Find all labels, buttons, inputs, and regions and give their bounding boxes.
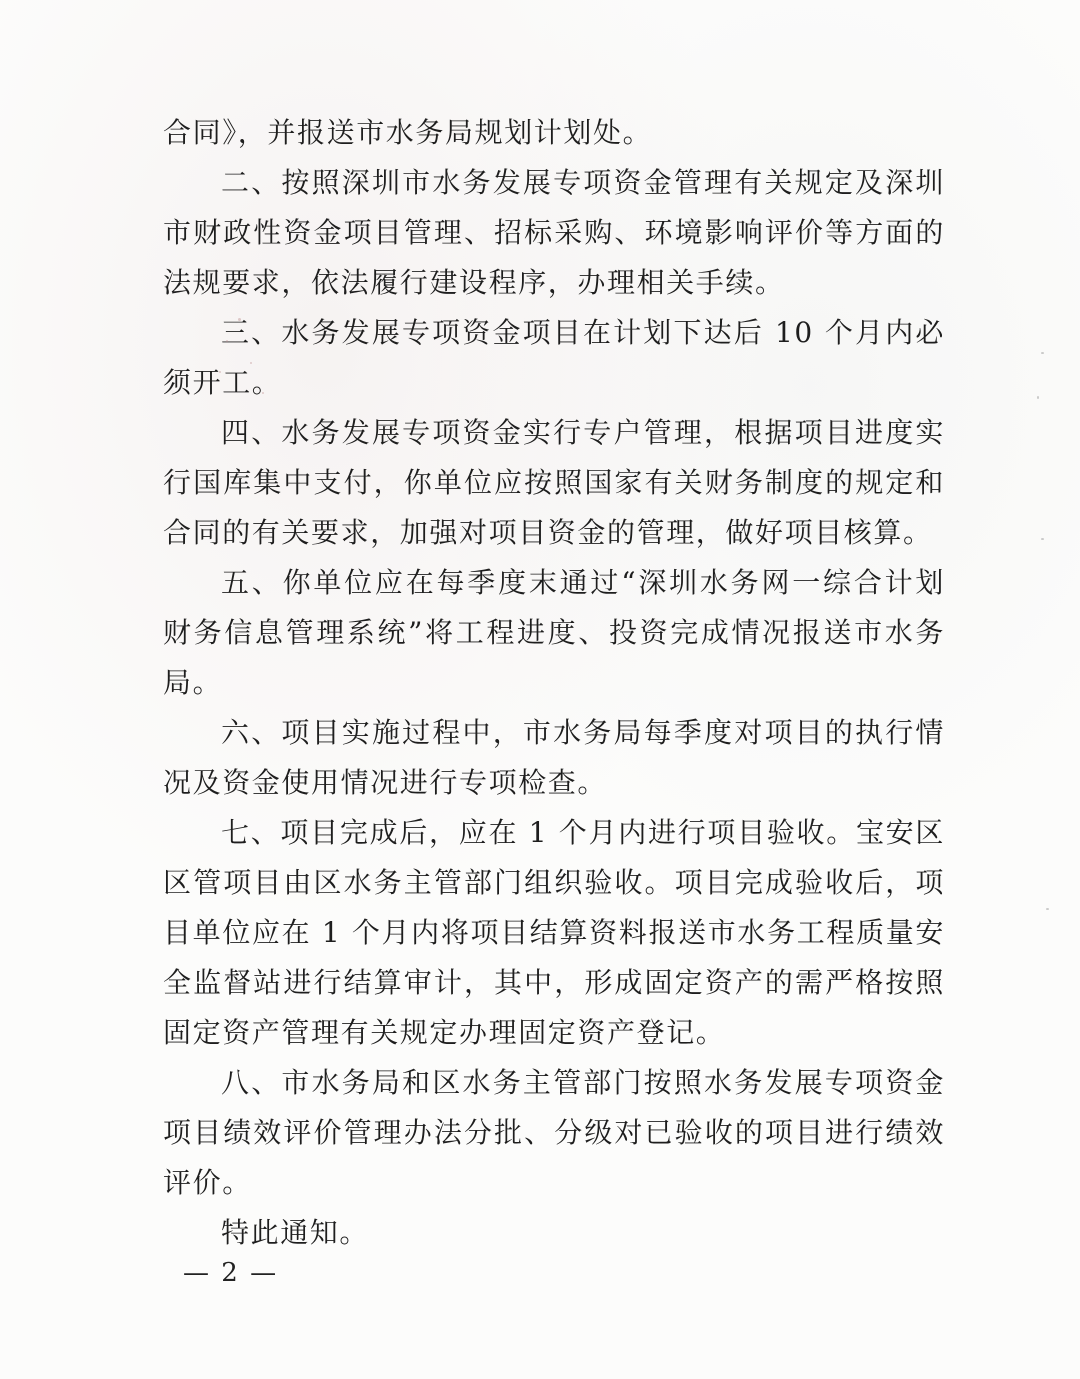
paragraph-item-2: 二、按照深圳市水务发展专项资金管理有关规定及深圳市财政性资金项目管理、招标采购、… xyxy=(163,158,945,308)
paragraph-item-8: 八、市水务局和区水务主管部门按照水务发展专项资金项目绩效评价管理办法分批、分级对… xyxy=(163,1058,945,1208)
scan-speck xyxy=(1041,538,1044,540)
paragraph-item-7: 七、项目完成后，应在 1 个月内进行项目验收。宝安区区管项目由区水务主管部门组织… xyxy=(163,808,945,1058)
paragraph-item-5: 五、你单位应在每季度末通过“深圳水务网一综合计划财务信息管理系统”将工程进度、投… xyxy=(163,558,945,708)
paragraph-item-6: 六、项目实施过程中，市水务局每季度对项目的执行情况及资金使用情况进行专项检查。 xyxy=(163,708,945,808)
stamp-speck xyxy=(219,371,221,373)
document-page: 合同》，并报送市水务局规划计划处。 二、按照深圳市水务发展专项资金管理有关规定及… xyxy=(0,0,1080,1379)
scan-speck xyxy=(1037,396,1039,399)
paragraph-continuation: 合同》，并报送市水务局规划计划处。 xyxy=(163,108,945,158)
page-number: — 2 — xyxy=(183,1258,278,1288)
closing-statement: 特此通知。 xyxy=(163,1208,945,1258)
stamp-speck xyxy=(262,392,264,394)
stamp-speck xyxy=(238,318,241,321)
paragraph-item-4: 四、水务发展专项资金实行专户管理，根据项目进度实行国库集中支付，你单位应按照国家… xyxy=(163,408,945,558)
document-body: 合同》，并报送市水务局规划计划处。 二、按照深圳市水务发展专项资金管理有关规定及… xyxy=(163,108,945,1258)
scan-speck xyxy=(1041,352,1044,354)
scan-speck xyxy=(1046,908,1049,910)
stamp-speck xyxy=(226,340,228,342)
paragraph-item-3: 三、水务发展专项资金项目在计划下达后 10 个月内必须开工。 xyxy=(163,308,945,408)
stamp-speck xyxy=(250,362,252,364)
